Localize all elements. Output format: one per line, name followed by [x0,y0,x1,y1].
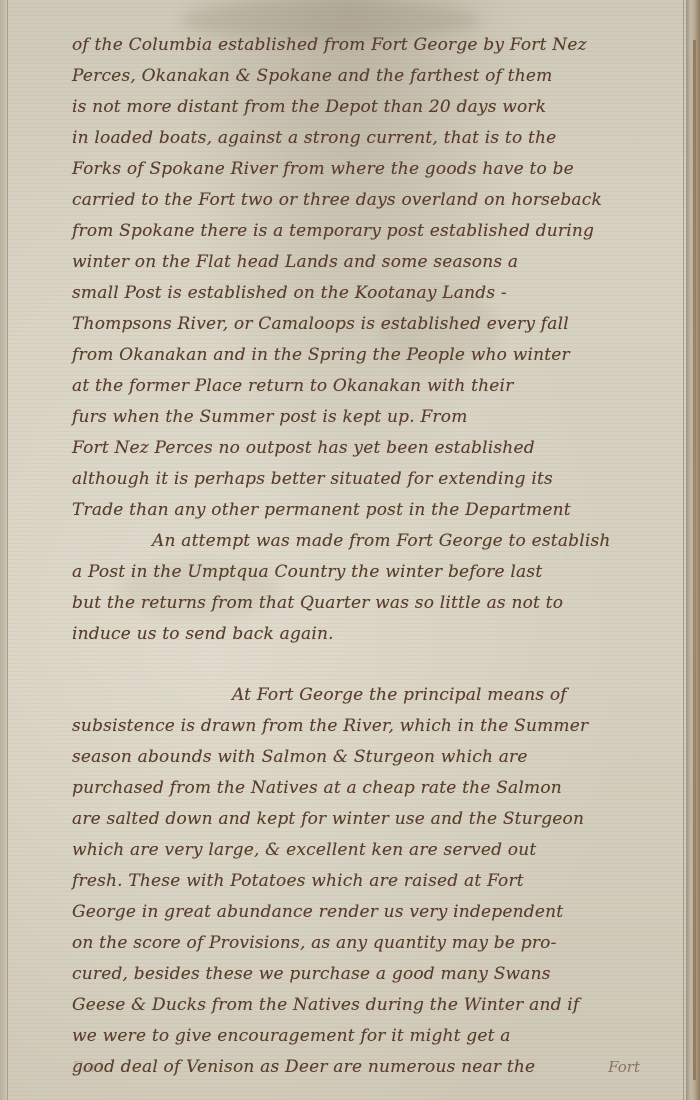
text-line: in loaded boats, against a strong curren… [72,123,652,154]
text-line: of the Columbia established from Fort Ge… [72,30,652,61]
text-line: from Spokane there is a temporary post e… [72,216,652,247]
text-line: fresh. These with Potatoes which are rai… [72,866,652,897]
text-line: good deal of Venison as Deer are numerou… [72,1052,652,1083]
text-line: is not more distant from the Depot than … [72,92,652,123]
bleed-through-text: Fort [72,1058,104,1076]
text-line: furs when the Summer post is kept up. Fr… [72,402,652,433]
binding-thread [693,40,696,1080]
manuscript-page: of the Columbia established from Fort Ge… [0,0,700,1100]
manuscript-text: of the Columbia established from Fort Ge… [72,30,652,1083]
text-line: although it is perhaps better situated f… [72,464,652,495]
text-line: induce us to send back again. [72,619,652,650]
paragraph-gap [72,650,652,680]
text-line: we were to give encouragement for it mig… [72,1021,652,1052]
binding-fold-line [683,0,684,1100]
text-line: carried to the Fort two or three days ov… [72,185,652,216]
text-line: cured, besides these we purchase a good … [72,959,652,990]
text-line: on the score of Provisions, as any quant… [72,928,652,959]
text-line: are salted down and kept for winter use … [72,804,652,835]
text-line: George in great abundance render us very… [72,897,652,928]
catchword: Fort [608,1058,640,1076]
text-line: Forks of Spokane River from where the go… [72,154,652,185]
text-line: which are very large, & excellent ken ar… [72,835,652,866]
text-line: Thompsons River, or Camaloops is establi… [72,309,652,340]
text-line: a Post in the Umptqua Country the winter… [72,557,652,588]
text-line: winter on the Flat head Lands and some s… [72,247,652,278]
page-left-edge [0,0,8,1100]
text-line: from Okanakan and in the Spring the Peop… [72,340,652,371]
text-line: Perces, Okanakan & Spokane and the farth… [72,61,652,92]
text-line: but the returns from that Quarter was so… [72,588,652,619]
text-line: subsistence is drawn from the River, whi… [72,711,652,742]
text-line: Fort Nez Perces no outpost has yet been … [72,433,652,464]
text-line: season abounds with Salmon & Sturgeon wh… [72,742,652,773]
text-line: At Fort George the principal means of [72,680,652,711]
text-line: Geese & Ducks from the Natives during th… [72,990,652,1021]
text-line: purchased from the Natives at a cheap ra… [72,773,652,804]
text-line: An attempt was made from Fort George to … [72,526,652,557]
text-line: small Post is established on the Kootana… [72,278,652,309]
text-line: Trade than any other permanent post in t… [72,495,652,526]
text-line: at the former Place return to Okanakan w… [72,371,652,402]
